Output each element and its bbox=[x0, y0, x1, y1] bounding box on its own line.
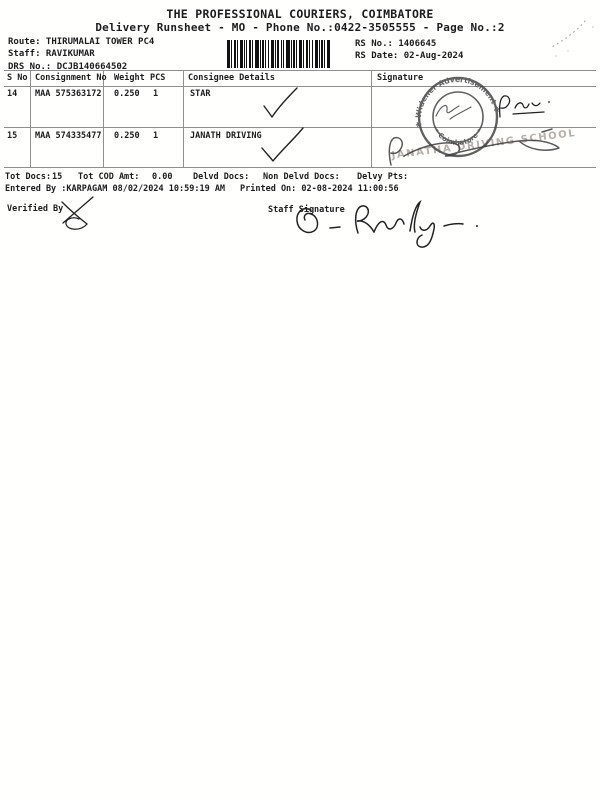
company-title: THE PROFESSIONAL COURIERS, COIMBATORE bbox=[0, 7, 600, 21]
runsheet-subtitle: Delivery Runsheet - MO - Phone No.:0422-… bbox=[0, 21, 600, 34]
row2-weight: 0.250 bbox=[114, 131, 140, 141]
route-line: Route: THIRUMALAI TOWER PC4 bbox=[8, 37, 154, 47]
staff-signature-label: Staff Signature bbox=[268, 205, 345, 215]
entered-by-line: Entered By :KARPAGAM 08/02/2024 10:59:19… bbox=[5, 184, 225, 194]
printed-on-line: Printed On: 02-08-2024 11:00:56 bbox=[240, 184, 399, 194]
col-header-consignment: Consignment No bbox=[35, 73, 107, 83]
staff-line: Staff: RAVIKUMAR bbox=[8, 49, 95, 59]
row1-weight: 0.250 bbox=[114, 89, 140, 99]
table-col-line-3 bbox=[183, 70, 184, 167]
tot-docs-value: 15 bbox=[52, 172, 62, 182]
col-header-pcs: PCS bbox=[150, 73, 165, 83]
tot-cod-label: Tot COD Amt: bbox=[78, 172, 139, 182]
row2-consignment: MAA 574335477 bbox=[35, 131, 102, 141]
row2-consignee: JANATH DRIVING bbox=[190, 131, 262, 141]
svg-text:✱ Widener Advertisement ✱: ✱ Widener Advertisement ✱ bbox=[414, 75, 502, 128]
rs-no-line: RS No.: 1406645 bbox=[355, 39, 436, 49]
row1-consignee: STAR bbox=[190, 89, 210, 99]
table-row-divider bbox=[4, 127, 596, 128]
col-header-sno: S No bbox=[7, 73, 27, 83]
table-header-line bbox=[4, 86, 596, 87]
table-col-line-1 bbox=[30, 70, 31, 167]
stamp-center-signature bbox=[436, 105, 471, 119]
barcode bbox=[227, 40, 330, 68]
verified-by-label: Verified By bbox=[7, 204, 63, 214]
row1-consignment: MAA 575363172 bbox=[35, 89, 102, 99]
table-col-line-2 bbox=[103, 70, 104, 167]
janatha-driving-school-stamp-text: JANATHA DRIVING SCHOOL bbox=[391, 127, 581, 161]
row1-sno: 14 bbox=[7, 89, 17, 99]
col-header-weight: Weight bbox=[114, 73, 145, 83]
col-header-consignee: Consignee Details bbox=[188, 73, 275, 83]
table-top-line bbox=[4, 70, 596, 71]
delvy-pts-label: Delvy Pts: bbox=[357, 172, 408, 182]
table-bottom-line bbox=[4, 167, 596, 168]
tot-docs-label: Tot Docs: bbox=[5, 172, 51, 182]
row1-pcs: 1 bbox=[153, 89, 158, 99]
row2-checkmark bbox=[262, 128, 303, 161]
row1-checkmark bbox=[264, 88, 297, 117]
row2-sno: 15 bbox=[7, 131, 17, 141]
row1-recipient-signature bbox=[500, 96, 550, 117]
non-delvd-docs-label: Non Delvd Docs: bbox=[263, 172, 340, 182]
table-col-line-4 bbox=[371, 70, 372, 167]
tot-cod-value: 0.00 bbox=[152, 172, 172, 182]
row2-pcs: 1 bbox=[153, 131, 158, 141]
col-header-signature: Signature bbox=[377, 73, 423, 83]
rs-date-line: RS Date: 02-Aug-2024 bbox=[355, 51, 463, 61]
delivery-runsheet-document: THE PROFESSIONAL COURIERS, COIMBATORE De… bbox=[0, 0, 600, 800]
delvd-docs-label: Delvd Docs: bbox=[193, 172, 249, 182]
verified-by-signature bbox=[62, 197, 93, 229]
